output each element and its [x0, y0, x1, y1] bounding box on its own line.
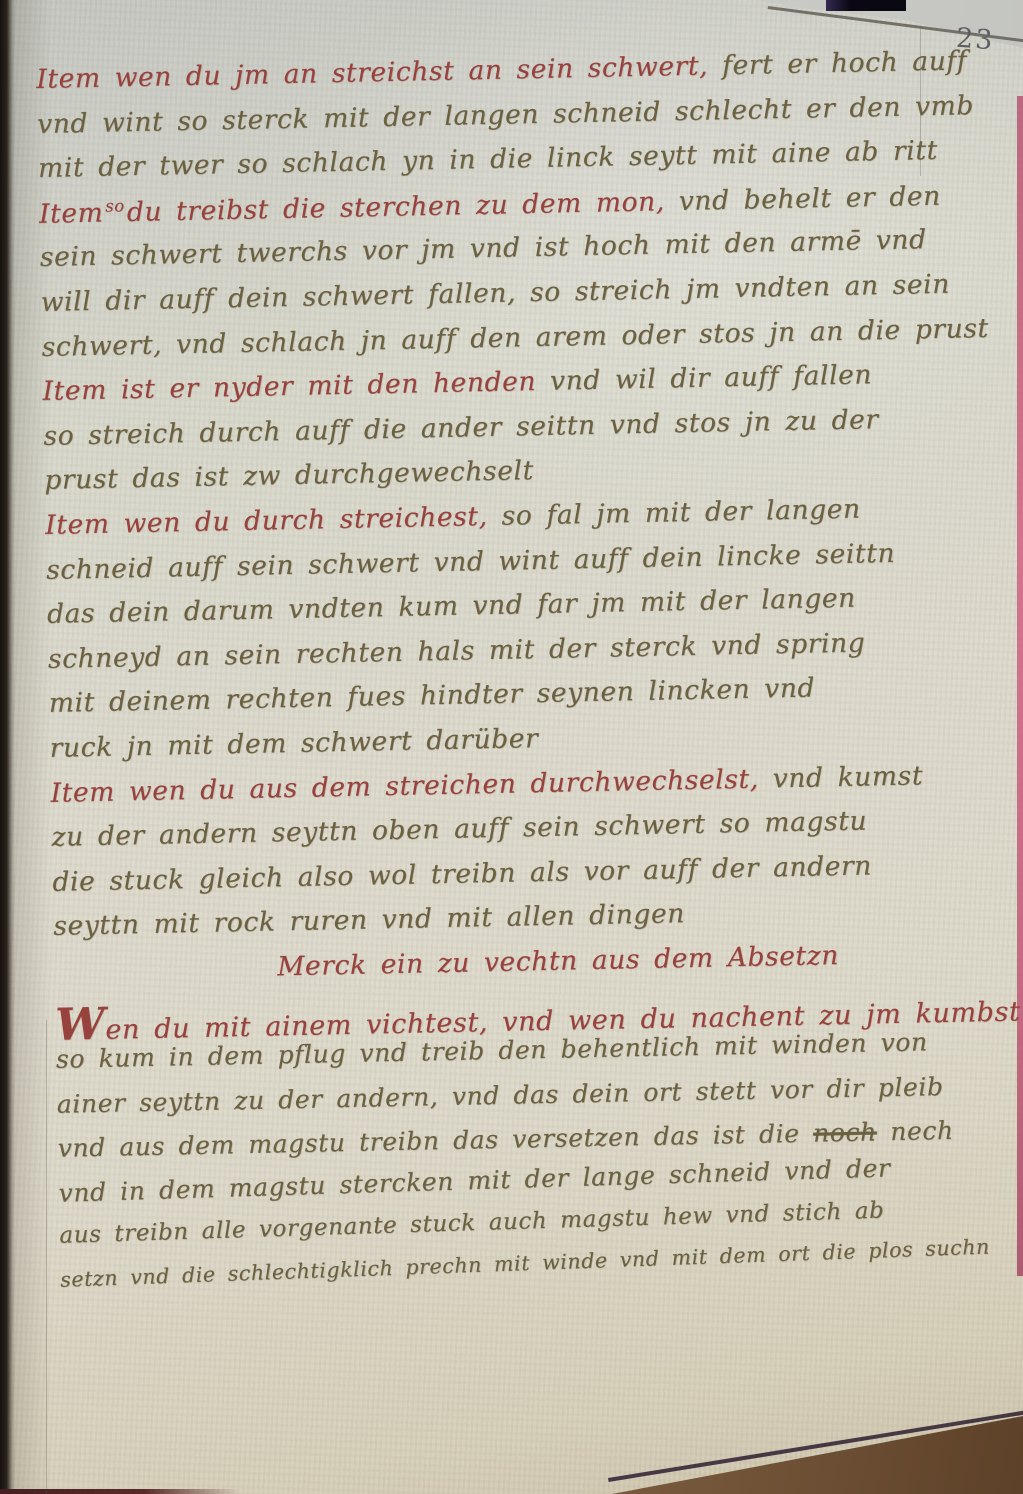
background-gap [826, 0, 906, 11]
ink-segment: fert er hoch auff [708, 45, 968, 81]
ink-segment: nech [876, 1116, 954, 1147]
inserted-word: so [105, 196, 125, 215]
ink-segment: Item [39, 197, 104, 229]
paper-crease [46, 1020, 47, 1494]
manuscript-photo: 23 Item wen du jm an streichst an sein s… [0, 0, 1023, 1494]
text-block: Item wen du jm an streichst an sein schw… [36, 45, 1019, 1313]
strikethrough-word: noch [813, 1118, 877, 1148]
ink-segment: so fal jm mit der langen [487, 493, 861, 531]
page-edge-pink [1017, 96, 1023, 1276]
ink-segment: vnd wil dir auff fallen [536, 359, 873, 397]
ink-segment: vnd kumst [758, 760, 923, 794]
bottom-edge-shadow [0, 1489, 240, 1494]
book-gutter-shadow [0, 0, 15, 1494]
ink-segment: vnd behelt er den [664, 180, 941, 217]
